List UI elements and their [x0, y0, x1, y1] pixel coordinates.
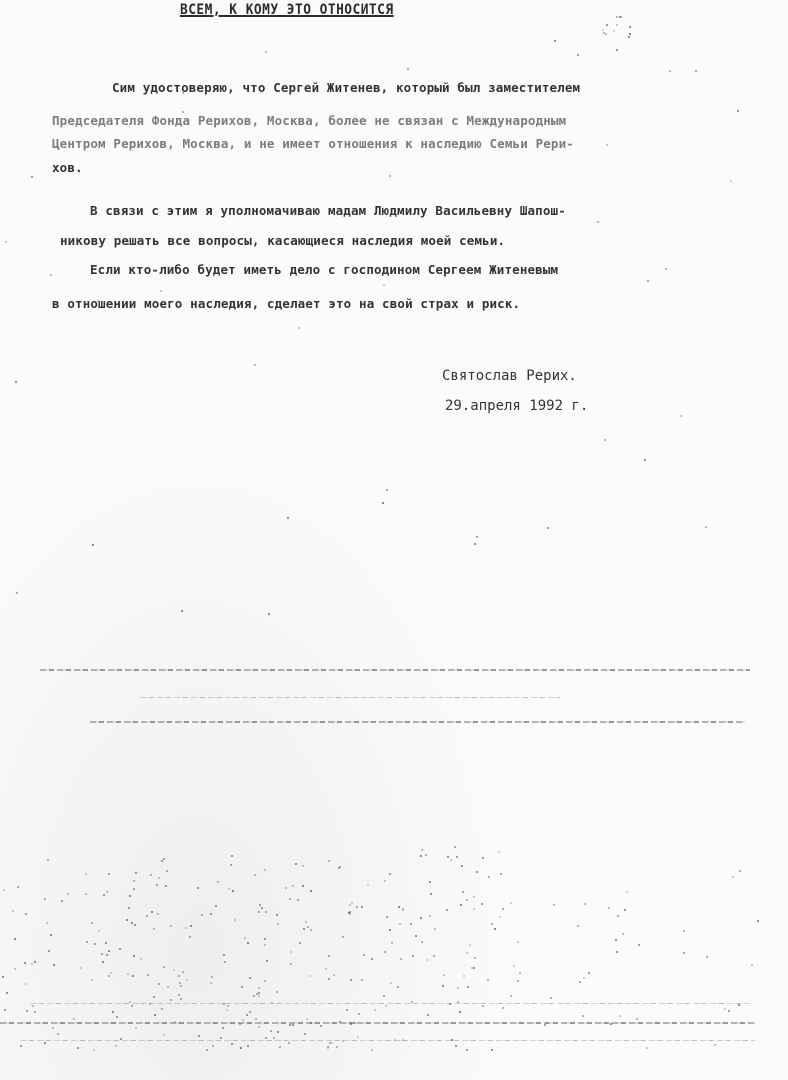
paragraph2-line1: В связи с этим я уполномачиваю мадам Люд…: [90, 203, 566, 218]
paragraph1-line4: хов.: [52, 160, 83, 175]
scan-artifact-line: [40, 669, 750, 671]
paragraph1-line2: Председателя Фонда Рерихов, Москва, боле…: [52, 113, 566, 128]
scan-artifact-line: [90, 721, 745, 723]
paragraph3-line1: Если кто-либо будет иметь дело с господи…: [90, 262, 558, 277]
signature: Святослав Рерих.: [442, 368, 577, 384]
scan-artifact-line: [140, 697, 560, 698]
letter-title: ВСЕМ, К КОМУ ЭТО ОТНОСИТСЯ: [180, 2, 394, 18]
letter-date: 29.апреля 1992 г.: [445, 398, 588, 414]
scan-artifact-line: [30, 1003, 750, 1004]
scanned-letter-page: ВСЕМ, К КОМУ ЭТО ОТНОСИТСЯ Сим удостовер…: [0, 0, 788, 1080]
scan-artifact-line: [0, 1022, 755, 1024]
paragraph3-line2: в отношении моего наследия, сделает это …: [52, 296, 520, 311]
paragraph2-line2: никову решать все вопросы, касающиеся на…: [60, 233, 505, 248]
paragraph1-line3: Центром Рерихов, Москва, и не имеет отно…: [52, 136, 574, 151]
scan-artifact-line: [20, 1040, 755, 1041]
